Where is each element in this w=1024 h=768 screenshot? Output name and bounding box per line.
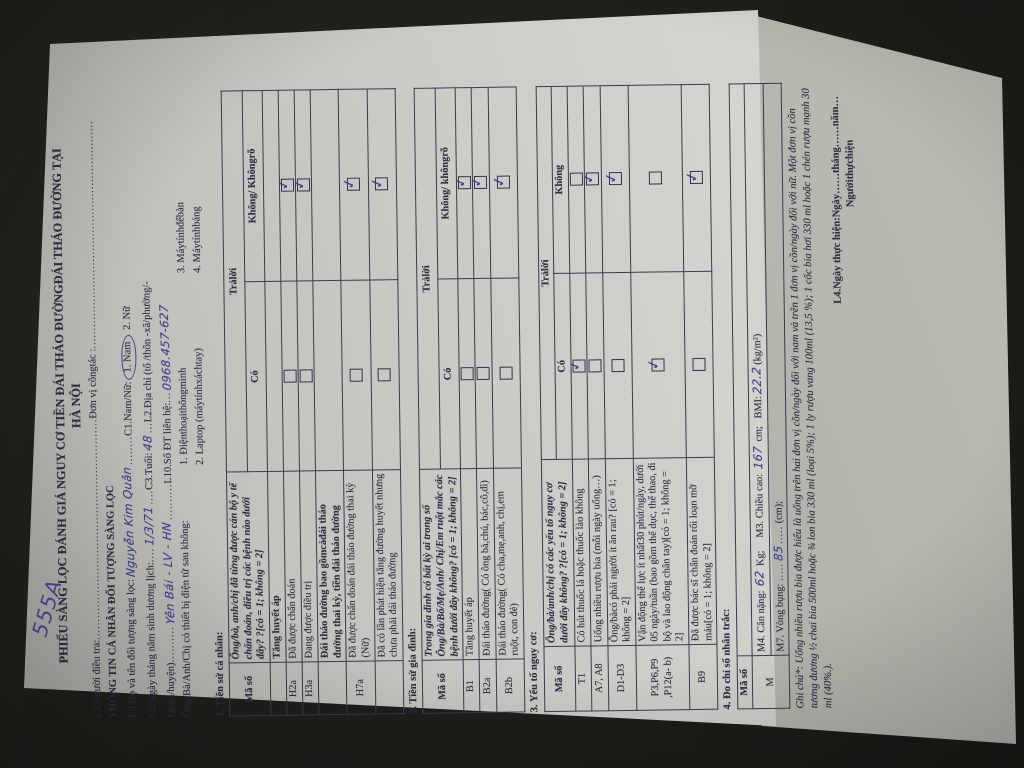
name-handwritten-value: Nguyễn Kim Quân (119, 466, 138, 578)
waist-handwritten-value: 85 (771, 545, 786, 562)
checkbox-yes (461, 367, 474, 380)
dotted-fill: .......... (165, 626, 177, 662)
no-column-header: Không/ Khôngrõ (242, 90, 265, 281)
checkbox-yes (499, 367, 512, 380)
checkbox-no (570, 173, 583, 186)
code-column-header: Mã số (544, 646, 576, 711)
row-question: Ông/bàcó phải người ít ăn rau? [có = 1; … (605, 459, 636, 646)
question-header: Ông/bà, anh/chị đã từng được cán bộ y tế… (227, 472, 270, 663)
row-question: Vận động thể lực ít nhất30 phút/ngày, dư… (633, 458, 689, 645)
section4-table: Mã số M M4. Cân nặng: 62 Kg; M3. Chiều c… (728, 83, 790, 710)
dotted-fill: ........................................… (88, 419, 102, 640)
height-label: M3. Chiều cao: (754, 474, 766, 538)
section2-table: Mã số Trong gia đình có bất kỳ ai trong … (414, 86, 525, 713)
row-code: B2a (480, 659, 497, 712)
checkbox-yes (652, 358, 665, 371)
height-handwritten-value: 167 (751, 445, 766, 470)
dotted-fill: .......... (163, 484, 175, 520)
address-label-2: Quận/huyện) (166, 662, 178, 717)
dotted-fill: .... (145, 548, 156, 563)
device-option-desktop: 3. Máytínhđểbàn (175, 202, 187, 273)
dotted-fill: ........ (123, 436, 134, 465)
age-handwritten-value: 48 (141, 434, 156, 451)
dotted-fill: ... (144, 422, 155, 433)
row-code: P3,P6,P9 ,P12(a- b) (636, 645, 690, 711)
checkbox-yes (692, 358, 705, 371)
checkbox-yes (350, 369, 363, 382)
address-handwritten-value: Yên Bái - LV - HN (159, 521, 177, 625)
code-column-header: Mã số (737, 656, 753, 709)
checkbox-no (690, 171, 703, 184)
checkbox-no (649, 172, 662, 185)
row-code: B1 (463, 660, 480, 713)
no-cell (311, 89, 342, 280)
checkbox-yes (300, 369, 313, 382)
table-row: P3,P6,P9 ,P12(a- b) Vận động thể lực ít … (628, 85, 690, 711)
yes-cell (684, 271, 715, 458)
no-column-header: Không/ khôngrõ (435, 88, 458, 279)
bmi-handwritten-value: 22.2 (750, 366, 765, 395)
checkbox-yes (283, 370, 296, 383)
checkbox-yes (378, 368, 391, 381)
checkbox-no (458, 176, 471, 189)
devices-label: Ông/Bà/Anh/Chị có thiết bị điện tử sau k… (179, 465, 195, 717)
dotted-fill: ..... (774, 526, 785, 544)
checkbox-no (347, 178, 360, 191)
row-question: Đã được chẩn đoán đái tháo đường thai kỳ… (344, 470, 375, 661)
code-column-header: Mã số (423, 660, 464, 714)
work-unit-label: Đơn vị côngtác : (87, 349, 99, 419)
row-code (318, 661, 347, 714)
checkbox-yes (477, 367, 490, 380)
photo-of-paper-form: PHIẾU SÀNG LỌC ĐÁNH GIÁ NGUY CƠ TIỀN ĐÁI… (0, 0, 1024, 768)
section1-table: Mã số Ông/bà, anh/chị đã từng được cán b… (221, 88, 404, 716)
phone-handwritten-value: 0968.457-627 (157, 303, 175, 390)
phone-label: L10.Số ĐT liên hệ: (162, 403, 174, 484)
sex-option-male-circled: 1. Nam (121, 334, 137, 379)
row-code: T1 (575, 646, 592, 711)
devices-spacer (203, 465, 207, 717)
row-code: H3a (302, 662, 319, 715)
row-code: B9 (689, 644, 718, 709)
row-code (375, 661, 404, 714)
weight-label: M4. Cân nặng: (756, 590, 768, 652)
row-question: Đã được bác sĩ chẩn đoán rối loạn mỡ máu… (686, 458, 717, 645)
address-label: L2.Địa chỉ (tổ /thôn -xã/phường/- (142, 281, 155, 422)
question-header: Ông/bà/anh/chị có các yếu tố nguy cơ dướ… (541, 460, 575, 647)
checkbox-no (297, 179, 310, 192)
bmi-unit: (kg/m²) (752, 334, 763, 365)
height-unit: cm; (754, 426, 765, 442)
sex-label: C1.Nam/Nữ: (122, 381, 134, 436)
yes-column-header: Có (244, 281, 267, 472)
row-code: H7a (347, 661, 376, 714)
checkbox-no (280, 179, 293, 192)
row-question: Đái tháo đường( Có cha,mẹ,anh, chị,em ru… (493, 468, 524, 659)
dotted-fill: .... (145, 490, 156, 505)
form-title-line2: HÀ NỘI (69, 383, 84, 428)
age-label: C3.Tuổi: (144, 453, 156, 490)
checkbox-yes (572, 360, 585, 373)
weight-unit: Kg; (756, 550, 767, 566)
checkbox-yes (589, 359, 602, 372)
row-code: H2a (286, 662, 303, 715)
row-code: B2b (496, 659, 525, 712)
waist-label: M7. Vòng bụng: (775, 584, 787, 652)
no-cell (600, 85, 631, 272)
no-cell (339, 89, 370, 280)
row-code: A7, A8 (591, 646, 608, 711)
code-column-header: Mã số (229, 662, 270, 716)
yes-cell (631, 271, 687, 458)
question-header: Trong gia đình có bất kỳ ai trong số Ông… (420, 469, 463, 660)
row-question: Đã có lần phát hiện tăng đường huyết như… (372, 470, 403, 661)
yes-cell (313, 280, 344, 471)
name-label: L8.Họ và tên đối tượng sàng lọc: (125, 579, 138, 718)
footnote: Ghi chú*: Uống nhiều rượu bia được hiểu … (786, 82, 836, 709)
sex-option-female: 2. Nữ (121, 306, 132, 330)
row-code: D1-D3 (608, 645, 637, 710)
dotted-fill: ........................................… (84, 120, 98, 349)
checkbox-yes (611, 359, 624, 372)
no-cell (367, 89, 398, 280)
no-cell (681, 84, 712, 271)
dob-label: C2.Ngày tháng năm sinh dương lịch: (146, 562, 159, 717)
device-option-tablet: 4. Máytínhbảng (191, 206, 203, 273)
yes-cell (341, 280, 372, 471)
section3-table: Mã số Ông/bà/anh/chị có các yếu tố nguy … (535, 84, 718, 712)
checkbox-no (608, 172, 621, 185)
row-code: M (752, 655, 790, 709)
yes-cell (602, 272, 633, 459)
dotted-fill: ... (162, 392, 173, 403)
checkbox-no (497, 176, 510, 189)
yes-column-header: Có (438, 278, 461, 469)
row-subheading: Đái tháo đường bao gồmcảđái tháo đường t… (316, 471, 347, 662)
yes-cell (369, 279, 400, 470)
device-option-laptop: 2. Laptop (máytínhxáchtay) (192, 273, 207, 465)
weight-handwritten-value: 62 (753, 570, 768, 587)
waist-unit: (cm); (773, 501, 784, 523)
dob-handwritten-value: 1/3/71 (141, 506, 157, 547)
bmi-label: BMI: (753, 396, 764, 418)
yes-cell (491, 278, 522, 469)
row-code (270, 662, 286, 715)
dotted-fill: ..... (774, 563, 785, 581)
checkbox-no (375, 178, 388, 191)
checkbox-no (474, 176, 487, 189)
investigator-label: L3.Người điều tra: (91, 640, 103, 719)
no-cell (488, 87, 519, 278)
no-cell (628, 85, 684, 272)
checkbox-no (586, 173, 599, 186)
device-option-smartphone: 1. Điệnthoạithôngminh (176, 273, 191, 465)
form-page: PHIẾU SÀNG LỌC ĐÁNH GIÁ NGUY CƠ TIỀN ĐÁI… (45, 73, 770, 727)
